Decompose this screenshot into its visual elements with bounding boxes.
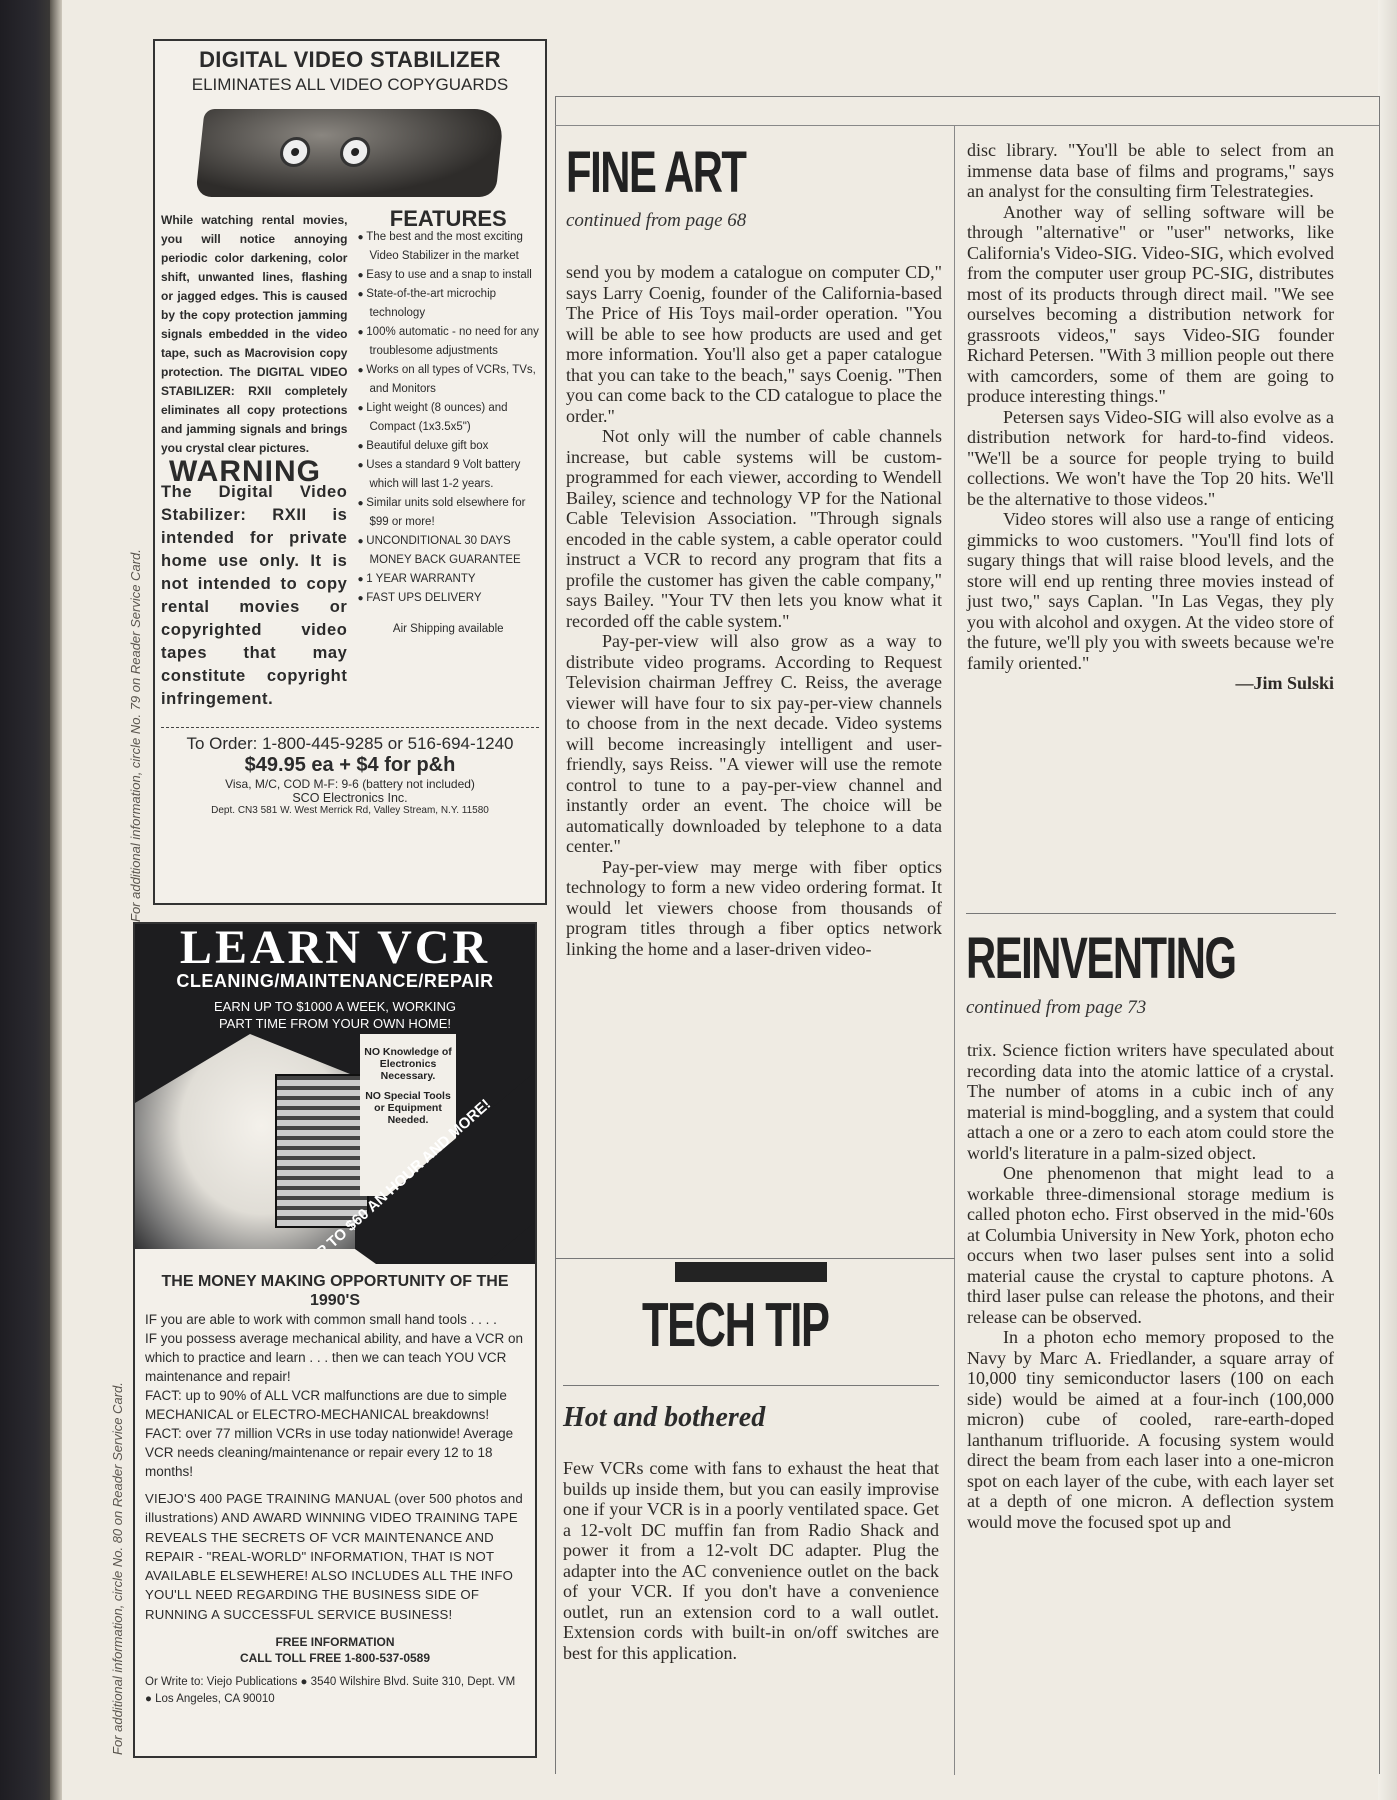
tech-tip-bar <box>675 1262 827 1282</box>
feature-item: Light weight (8 ounces) and Compact (1x3… <box>357 399 539 437</box>
article-paragraph: Not only will the number of cable channe… <box>566 426 942 631</box>
feature-item: Easy to use and a snap to install <box>357 266 539 285</box>
article-paragraph: In a photon echo memory proposed to the … <box>967 1327 1334 1532</box>
page-gutter <box>50 0 62 1800</box>
fine-art-column-1: send you by modem a catalogue on compute… <box>566 262 942 959</box>
reader-service-label-79: For additional information, circle No. 7… <box>128 549 143 922</box>
vcr-chassis-illustration <box>275 1074 369 1228</box>
features-heading: FEATURES <box>357 209 539 228</box>
section-rule <box>555 1258 955 1259</box>
article-paragraph: send you by modem a catalogue on compute… <box>566 262 942 426</box>
ad-paragraph: FACT: over 77 million VCRs in use today … <box>145 1424 525 1481</box>
vcr-ad-title: LEARN VCR <box>135 924 535 975</box>
ad-paragraph: FACT: up to 90% of ALL VCR malfunctions … <box>145 1386 525 1424</box>
air-shipping-note: Air Shipping available <box>357 620 539 639</box>
byline: —Jim Sulski <box>1235 673 1334 694</box>
page-binding <box>0 0 50 1800</box>
vcr-ad-banner: LEARN VCR CLEANING/MAINTENANCE/REPAIR EA… <box>135 924 535 1264</box>
vcr-ad-subtitle: CLEANING/MAINTENANCE/REPAIR <box>135 971 535 992</box>
warning-heading: WARNING <box>169 462 347 481</box>
toll-free-number: CALL TOLL FREE 1-800-537-0589 <box>145 1650 525 1666</box>
reader-service-label-80: For additional information, circle No. 8… <box>110 1382 125 1755</box>
article-paragraph: Pay-per-view may merge with fiber optics… <box>566 857 942 960</box>
section-rule <box>966 913 1336 914</box>
page-edge <box>1378 0 1397 1800</box>
stabilizer-device-image <box>195 109 504 197</box>
rca-jack-icon <box>279 137 312 167</box>
article-paragraph: Pay-per-view will also grow as a way to … <box>566 631 942 857</box>
fine-art-continued: continued from page 68 <box>566 210 746 232</box>
feature-item: UNCONDITIONAL 30 DAYS MONEY BACK GUARANT… <box>357 532 539 570</box>
reinventing-column: trix. Science fiction writers have specu… <box>967 1040 1334 1532</box>
feature-item: 100% automatic - no need for any trouble… <box>357 323 539 361</box>
warning-text: The Digital Video Stabilizer: RXII is in… <box>161 481 347 711</box>
mailing-address: Or Write to: Viejo Publications ● 3540 W… <box>145 1674 525 1708</box>
column-divider <box>954 125 955 1775</box>
article-paragraph: Petersen says Video-SIG will also evolve… <box>967 407 1334 510</box>
price: $49.95 ea + $4 for p&h <box>161 754 539 777</box>
article-paragraph: Video stores will also use a range of en… <box>967 509 1334 673</box>
feature-item: Uses a standard 9 Volt battery which wil… <box>357 456 539 494</box>
feature-item: Beautiful deluxe gift box <box>357 437 539 456</box>
article-paragraph: trix. Science fiction writers have specu… <box>967 1040 1334 1163</box>
free-info: FREE INFORMATION <box>145 1634 525 1650</box>
feature-item: Works on all types of VCRs, TVs, and Mon… <box>357 361 539 399</box>
company-name: SCO Electronics Inc. <box>161 791 539 805</box>
section-rule <box>563 1385 939 1386</box>
article-paragraph: One phenomenon that might lead to a work… <box>967 1163 1334 1327</box>
note-knowledge: NO Knowledge of Electronics Necessary. <box>360 1046 456 1082</box>
learn-vcr-ad: LEARN VCR CLEANING/MAINTENANCE/REPAIR EA… <box>133 922 537 1758</box>
note-tools: NO Special Tools or Equipment Needed. <box>360 1090 456 1126</box>
feature-item: FAST UPS DELIVERY <box>357 589 539 608</box>
tech-tip-heading: TECH TIP <box>642 1290 829 1361</box>
tech-tip-title: Hot and bothered <box>563 1402 765 1434</box>
fine-art-column-2: disc library. "You'll be able to select … <box>967 140 1334 694</box>
opportunity-heading: THE MONEY MAKING OPPORTUNITY OF THE 1990… <box>145 1272 525 1310</box>
frame-rule <box>555 125 1379 126</box>
article-paragraph: disc library. "You'll be able to select … <box>967 140 1334 202</box>
feature-item: State-of-the-art microchip technology <box>357 285 539 323</box>
ad-paragraph: IF you possess average mechanical abilit… <box>145 1329 525 1386</box>
order-phone: To Order: 1-800-445-9285 or 516-694-1240 <box>161 734 539 754</box>
article-paragraph: Another way of selling software will be … <box>967 202 1334 407</box>
order-info: To Order: 1-800-445-9285 or 516-694-1240… <box>161 727 539 816</box>
reinventing-heading: REINVENTING <box>966 930 1236 988</box>
fine-art-heading: FINE ART <box>566 144 745 202</box>
earn-line: EARN UP TO $1000 A WEEK, WORKING <box>135 998 535 1015</box>
reinventing-continued: continued from page 73 <box>966 997 1146 1019</box>
feature-item: The best and the most exciting Video Sta… <box>357 228 539 266</box>
digital-video-stabilizer-ad: DIGITAL VIDEO STABILIZER ELIMINATES ALL … <box>153 39 547 905</box>
feature-item: 1 YEAR WARRANTY <box>357 570 539 589</box>
earn-line: PART TIME FROM YOUR OWN HOME! <box>135 1015 535 1032</box>
rca-jack-icon <box>339 137 372 167</box>
ad-title: DIGITAL VIDEO STABILIZER <box>155 47 545 73</box>
training-manual-text: VIEJO'S 400 PAGE TRAINING MANUAL (over 5… <box>145 1489 525 1624</box>
tech-tip-body: Few VCRs come with fans to exhaust the h… <box>563 1458 939 1663</box>
article-paragraph: Few VCRs come with fans to exhaust the h… <box>563 1458 939 1663</box>
ad-subtitle: ELIMINATES ALL VIDEO COPYGUARDS <box>155 75 545 95</box>
payment-info: Visa, M/C, COD M-F: 9-6 (battery not inc… <box>161 777 539 791</box>
feature-item: Similar units sold elsewhere for $99 or … <box>357 494 539 532</box>
company-address: Dept. CN3 581 W. West Merrick Rd, Valley… <box>161 805 539 816</box>
ad-intro: While watching rental movies, you will n… <box>161 211 347 458</box>
ad-paragraph: IF you are able to work with common smal… <box>145 1310 525 1329</box>
